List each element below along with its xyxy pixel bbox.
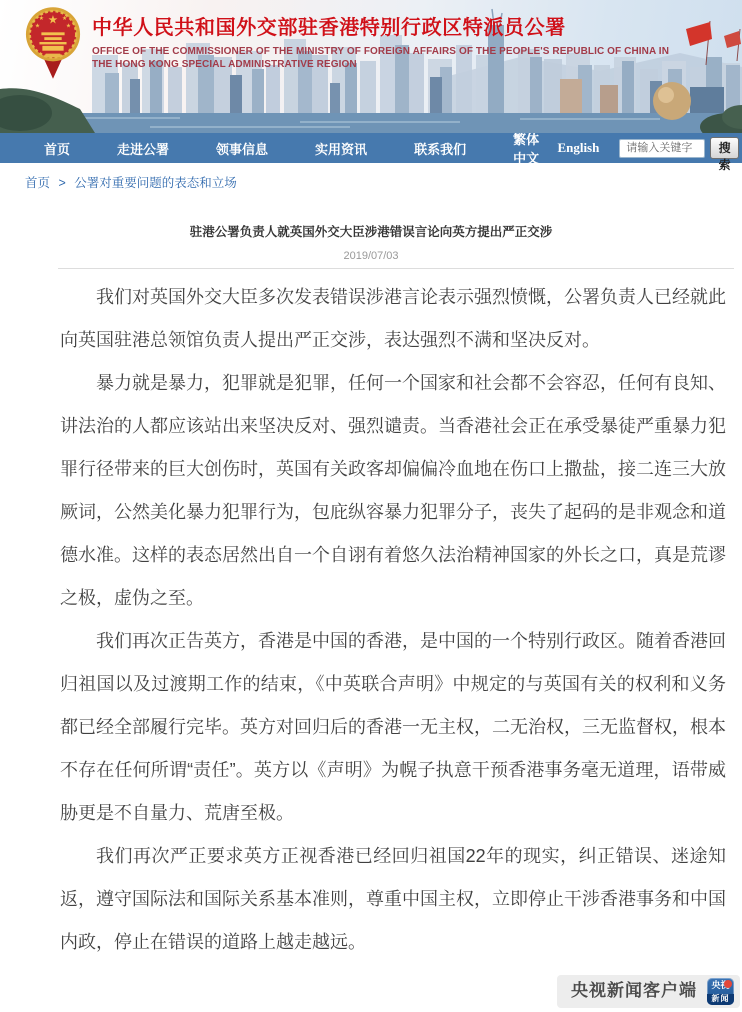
breadcrumb-current-link[interactable]: 公署对重要问题的表态和立场	[74, 176, 237, 190]
site-title-cn: 中华人民共和国外交部驻香港特别行政区特派员公署	[92, 11, 669, 40]
nav-item-about-office[interactable]: 走进公署	[117, 139, 169, 158]
search-button[interactable]: 搜索	[710, 137, 739, 159]
source-badge[interactable]: 央视新闻客户端 央视 新闻	[557, 975, 740, 1008]
national-emblem-icon: ★ ★ ★ ★ ★	[24, 5, 82, 79]
svg-text:★: ★	[35, 23, 40, 30]
site-title-en: OFFICE OF THE COMMISSIONER OF THE MINIST…	[92, 45, 669, 71]
source-label: 央视新闻客户端	[571, 978, 697, 1004]
paragraph-2: 暴力就是暴力，犯罪就是犯罪，任何一个国家和社会都不会容忍，任何有良知、讲法治的人…	[60, 362, 726, 620]
nav-item-consular-info[interactable]: 领事信息	[216, 139, 268, 158]
breadcrumb-separator: >	[59, 176, 66, 190]
site-banner: ★ ★ ★ ★ ★ 中华人民共和国外交部驻香港特别行政区特派员公署 OFFICE…	[0, 0, 742, 133]
paragraph-4: 我们再次严正要求英方正视香港已经回归祖国22年的现实，纠正错误、迷途知返，遵守国…	[60, 835, 726, 964]
cctv-logo-red-dot	[724, 980, 732, 988]
article-date: 2019/07/03	[0, 250, 742, 263]
nav-right-group: 繁体中文 English 搜索	[513, 129, 739, 167]
svg-text:★: ★	[66, 23, 71, 30]
lang-english-link[interactable]: English	[557, 140, 599, 156]
svg-text:★: ★	[62, 15, 67, 22]
main-nav: 首页 走进公署 领事信息 实用资讯 联系我们 繁体中文 English 搜索	[0, 133, 742, 163]
article-body: 我们对英国外交大臣多次发表错误涉港言论表示强烈愤慨，公署负责人已经就此向英国驻港…	[0, 269, 742, 1012]
svg-text:★: ★	[48, 14, 58, 27]
site-title-en-line1: OFFICE OF THE COMMISSIONER OF THE MINIST…	[92, 46, 669, 57]
nav-item-home[interactable]: 首页	[44, 139, 70, 158]
page: ★ ★ ★ ★ ★ 中华人民共和国外交部驻香港特别行政区特派员公署 OFFICE…	[0, 0, 742, 1012]
paragraph-3: 我们再次正告英方，香港是中国的香港，是中国的一个特别行政区。随着香港回归祖国以及…	[60, 620, 726, 835]
nav-item-practical-info[interactable]: 实用资讯	[315, 139, 367, 158]
lang-traditional-chinese-link[interactable]: 繁体中文	[513, 129, 540, 167]
nav-item-contact-us[interactable]: 联系我们	[414, 139, 466, 158]
svg-text:★: ★	[39, 15, 44, 22]
cctv-news-logo-icon: 央视 新闻	[707, 978, 734, 1005]
search-input[interactable]	[619, 139, 705, 158]
paragraph-1: 我们对英国外交大臣多次发表错误涉港言论表示强烈愤慨，公署负责人已经就此向英国驻港…	[60, 276, 726, 362]
site-title-en-line2: THE HONG KONG SPECIAL ADMINISTRATIVE REG…	[92, 59, 357, 70]
breadcrumb: 首页 > 公署对重要问题的表态和立场	[0, 163, 742, 191]
article-title: 驻港公署负责人就英国外交大臣涉港错误言论向英方提出严正交涉	[0, 225, 742, 240]
site-title-group: 中华人民共和国外交部驻香港特别行政区特派员公署 OFFICE OF THE CO…	[92, 11, 669, 71]
article: 驻港公署负责人就英国外交大臣涉港错误言论向英方提出严正交涉 2019/07/03…	[0, 225, 742, 1012]
source-row: 央视新闻客户端 央视 新闻	[60, 969, 740, 1012]
cctv-logo-bottom-text: 新闻	[707, 994, 734, 1005]
breadcrumb-home-link[interactable]: 首页	[25, 176, 50, 190]
